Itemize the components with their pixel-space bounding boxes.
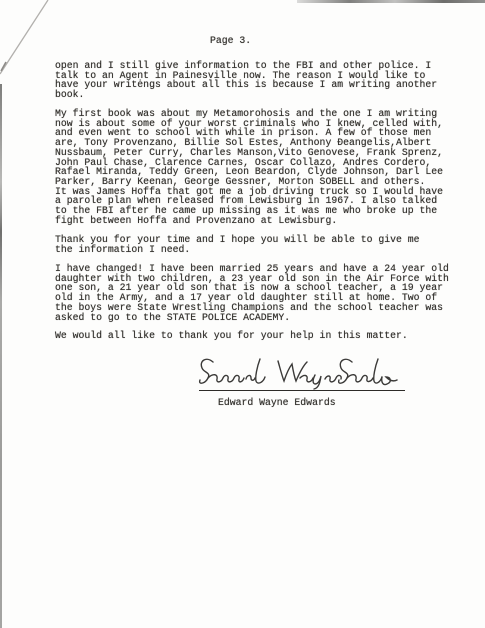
typed-signature-name: Edward Wayne Edwards [218, 398, 336, 408]
scan-artifact-left-edge [0, 84, 2, 628]
scanned-letter-page: Page 3. open and I still give informatio… [0, 0, 485, 628]
letter-paragraph: My first book was about my Metamorohosis… [55, 109, 443, 225]
scan-artifact-top-edge [297, 0, 485, 3]
scan-artifact-diagonal-line [0, 0, 52, 78]
letter-paragraph: I have changed! I have been married 25 y… [55, 264, 449, 322]
letter-paragraph: Thank you for your time and I hope you w… [55, 235, 420, 254]
handwritten-signature [196, 354, 406, 392]
letter-paragraph: open and I still give information to the… [55, 61, 437, 100]
letter-paragraph: We would all like to thank you for your … [55, 331, 408, 341]
page-number: Page 3. [210, 36, 251, 46]
signature-underline [199, 390, 405, 391]
